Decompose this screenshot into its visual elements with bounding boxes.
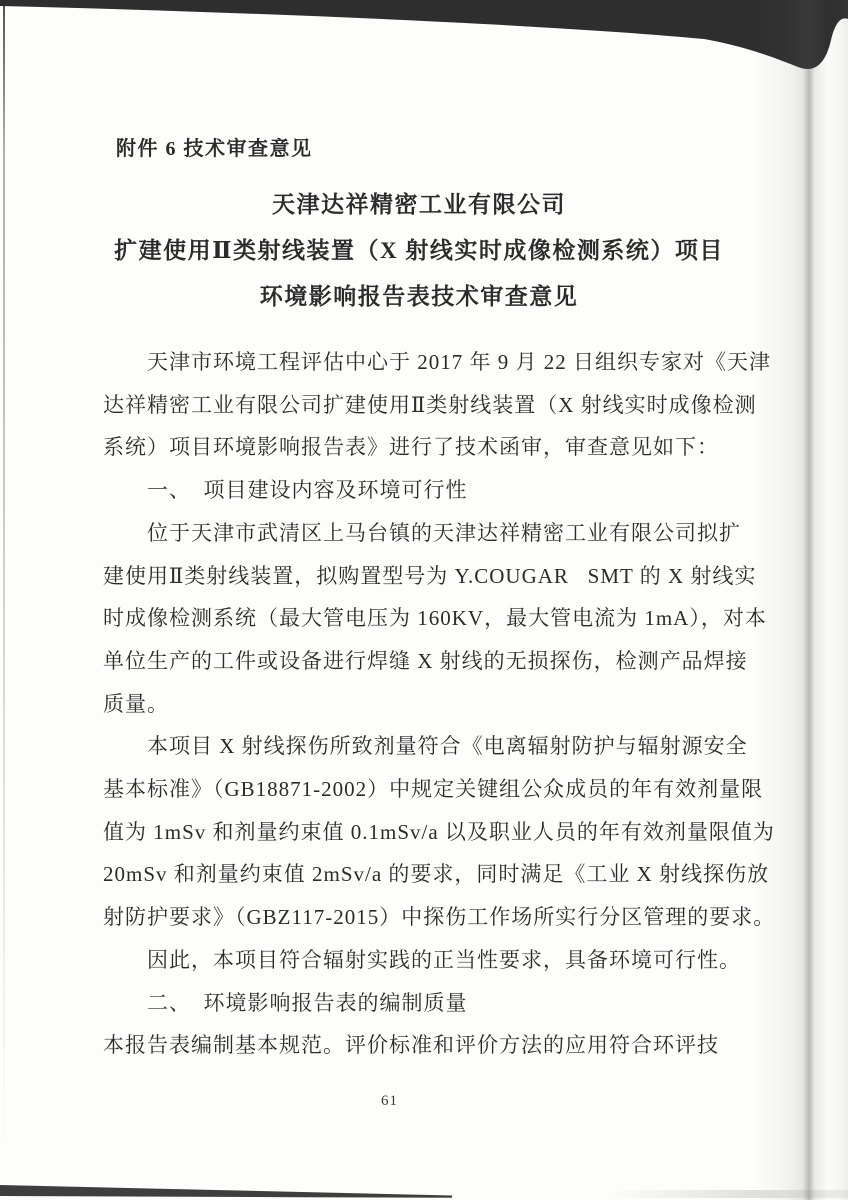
text-line: 质量。 <box>103 683 768 726</box>
text-line: 本项目 X 射线探伤所致剂量符合《电离辐射防护与辐射源安全 <box>103 725 768 768</box>
text-line: 建使用Ⅱ类射线装置，拟购置型号为 Y.COUGAR SMT 的 X 射线实 <box>103 555 768 598</box>
document-body: 天津市环境工程评估中心于 2017 年 9 月 22 日组织专家对《天津达祥精密… <box>103 341 768 1067</box>
paragraph-6: 二、 环境影响报告表的编制质量 <box>103 982 768 1025</box>
scan-edge-top-artifact <box>0 0 848 95</box>
page-number: 61 <box>381 1093 398 1110</box>
text-line: 系统）项目环境影响报告表》进行了技术函审，审查意见如下： <box>103 426 768 469</box>
paragraph-7: 本报告表编制基本规范。评价标准和评价方法的应用符合环评技 <box>103 1024 768 1067</box>
title-line-project: 扩建使用Ⅱ类射线装置（X 射线实时成像检测系统）项目 <box>0 228 838 274</box>
text-line: 单位生产的工件或设备进行焊缝 X 射线的无损探伤，检测产品焊接 <box>103 640 768 683</box>
scan-edge-bottom-artifact <box>0 1182 470 1200</box>
text-line: 二、 环境影响报告表的编制质量 <box>103 982 768 1025</box>
paragraph-4: 本项目 X 射线探伤所致剂量符合《电离辐射防护与辐射源安全基本标准》（GB188… <box>103 725 768 939</box>
paragraph-5: 因此，本项目符合辐射实践的正当性要求，具备环境可行性。 <box>103 939 768 982</box>
text-line: 值为 1mSv 和剂量约束值 0.1mSv/a 以及职业人员的年有效剂量限值为 <box>103 811 768 854</box>
text-line: 20mSv 和剂量约束值 2mSv/a 的要求，同时满足《工业 X 射线探伤放 <box>103 853 768 896</box>
text-line: 一、 项目建设内容及环境可行性 <box>103 469 768 512</box>
text-line: 天津市环境工程评估中心于 2017 年 9 月 22 日组织专家对《天津 <box>103 341 768 384</box>
scan-bottom-smudge <box>608 1190 848 1198</box>
document-title: 天津达祥精密工业有限公司 扩建使用Ⅱ类射线装置（X 射线实时成像检测系统）项目 … <box>0 182 838 320</box>
title-line-review: 环境影响报告表技术审查意见 <box>0 274 838 320</box>
text-line: 位于天津市武清区上马台镇的天津达祥精密工业有限公司拟扩 <box>103 512 768 555</box>
text-line: 基本标准》（GB18871-2002）中规定关键组公众成员的年有效剂量限 <box>103 768 768 811</box>
paragraph-1: 天津市环境工程评估中心于 2017 年 9 月 22 日组织专家对《天津达祥精密… <box>103 341 768 469</box>
attachment-heading: 附件 6 技术审查意见 <box>116 132 313 161</box>
text-line: 因此，本项目符合辐射实践的正当性要求，具备环境可行性。 <box>103 939 768 982</box>
scan-edge-left-artifact <box>3 6 5 1156</box>
scanned-page: 附件 6 技术审查意见 天津达祥精密工业有限公司 扩建使用Ⅱ类射线装置（X 射线… <box>0 0 848 1200</box>
paragraph-3: 位于天津市武清区上马台镇的天津达祥精密工业有限公司拟扩建使用Ⅱ类射线装置，拟购置… <box>103 512 768 726</box>
title-line-company: 天津达祥精密工业有限公司 <box>0 182 838 228</box>
text-line: 时成像检测系统（最大管电压为 160KV，最大管电流为 1mA），对本 <box>103 597 768 640</box>
paragraph-2: 一、 项目建设内容及环境可行性 <box>103 469 768 512</box>
text-line: 本报告表编制基本规范。评价标准和评价方法的应用符合环评技 <box>103 1024 768 1067</box>
text-line: 达祥精密工业有限公司扩建使用Ⅱ类射线装置（X 射线实时成像检测 <box>103 384 768 427</box>
text-line: 射防护要求》（GBZ117-2015）中探伤工作场所实行分区管理的要求。 <box>103 896 768 939</box>
